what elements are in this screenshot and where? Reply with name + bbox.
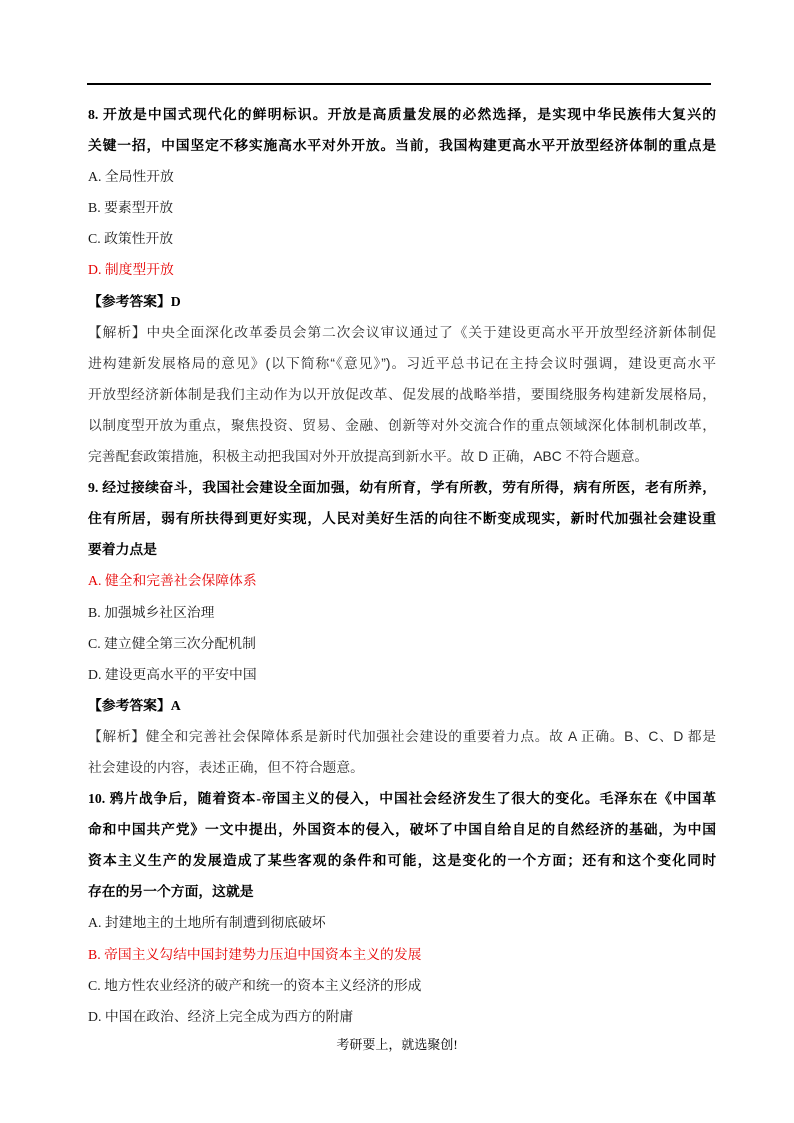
- question-9-option-a: A. 健全和完善社会保障体系: [88, 565, 716, 596]
- question-8-option-d: D. 制度型开放: [88, 254, 716, 285]
- question-8-option-c: C. 政策性开放: [88, 223, 716, 254]
- top-rule: [87, 83, 711, 85]
- question-8-analysis-line-1: 【解析】中央全面深化改革委员会第二次会议审议通过了《关于建设更高水平开放型经济新…: [88, 317, 716, 348]
- question-8-stem-line-1: 8. 开放是中国式现代化的鲜明标识。开放是高质量发展的必然选择，是实现中华民族伟…: [88, 99, 716, 130]
- question-9-option-c: C. 建立健全第三次分配机制: [88, 628, 716, 659]
- question-10-option-d: D. 中国在政治、经济上完全成为西方的附庸: [88, 1001, 716, 1032]
- question-10-option-a: A. 封建地主的土地所有制遭到彻底破坏: [88, 907, 716, 938]
- question-10-stem-line-4: 存在的另一个方面，这就是: [88, 876, 716, 907]
- question-10-stem-line-2: 命和中国共产党》一文中提出，外国资本的侵入，破坏了中国自给自足的自然经济的基础，…: [88, 814, 716, 845]
- footer-slogan: 考研要上，就选聚创!: [0, 1034, 794, 1053]
- question-8-option-a: A. 全局性开放: [88, 161, 716, 192]
- question-9-stem-line-3: 要着力点是: [88, 534, 716, 565]
- question-9-option-d: D. 建设更高水平的平安中国: [88, 659, 716, 690]
- question-9-stem-line-1: 9. 经过接续奋斗，我国社会建设全面加强，幼有所育，学有所教，劳有所得，病有所医…: [88, 472, 716, 503]
- question-8-analysis-line-3: 开放型经济新体制是我们主动作为以开放促改革、促发展的战略举措，要围绕服务构建新发…: [88, 379, 716, 410]
- question-10-option-b: B. 帝国主义勾结中国封建势力压迫中国资本主义的发展: [88, 939, 716, 970]
- question-9-option-b: B. 加强城乡社区治理: [88, 597, 716, 628]
- question-10-stem-line-3: 资本主义生产的发展造成了某些客观的条件和可能，这是变化的一个方面；还有和这个变化…: [88, 845, 716, 876]
- question-8-reference-answer: 【参考答案】D: [88, 286, 716, 317]
- question-8-option-b: B. 要素型开放: [88, 192, 716, 223]
- question-8-analysis-line-5: 完善配套政策措施，积极主动把我国对外开放提高到新水平。故 D 正确，ABC 不符…: [88, 441, 716, 472]
- question-9-analysis-line-2: 社会建设的内容，表述正确，但不符合题意。: [88, 752, 716, 783]
- questions-content: 8. 开放是中国式现代化的鲜明标识。开放是高质量发展的必然选择，是实现中华民族伟…: [88, 99, 716, 1032]
- question-9-stem-line-2: 住有所居，弱有所扶得到更好实现，人民对美好生活的向往不断变成现实，新时代加强社会…: [88, 503, 716, 534]
- question-8-analysis-line-4: 以制度型开放为重点，聚焦投资、贸易、金融、创新等对外交流合作的重点领域深化体制机…: [88, 410, 716, 441]
- question-8-analysis-line-2: 进构建新发展格局的意见》(以下简称“《意见》”)。习近平总书记在主持会议时强调，…: [88, 348, 716, 379]
- question-9-analysis-line-1: 【解析】健全和完善社会保障体系是新时代加强社会建设的重要着力点。故 A 正确。B…: [88, 721, 716, 752]
- question-10-stem-line-1: 10. 鸦片战争后，随着资本-帝国主义的侵入，中国社会经济发生了很大的变化。毛泽…: [88, 783, 716, 814]
- question-10-option-c: C. 地方性农业经济的破产和统一的资本主义经济的形成: [88, 970, 716, 1001]
- question-9-reference-answer: 【参考答案】A: [88, 690, 716, 721]
- document-page: 8. 开放是中国式现代化的鲜明标识。开放是高质量发展的必然选择，是实现中华民族伟…: [0, 0, 794, 1123]
- question-8-stem-line-2: 关键一招，中国坚定不移实施高水平对外开放。当前，我国构建更高水平开放型经济体制的…: [88, 130, 716, 161]
